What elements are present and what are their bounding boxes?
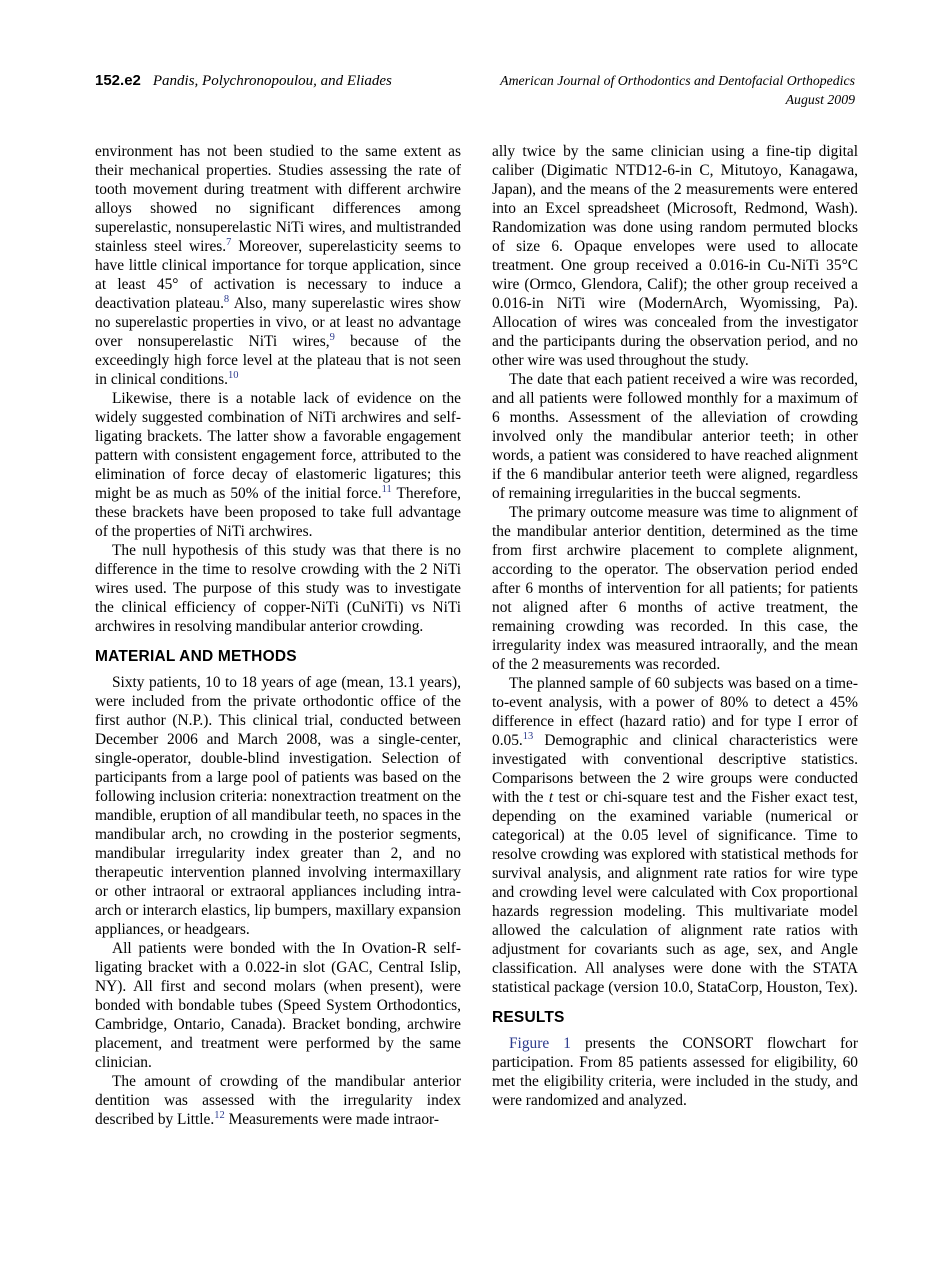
section-heading: RESULTS (492, 1008, 858, 1027)
text-run: Sixty patients, 10 to 18 years of age (m… (95, 674, 461, 938)
paragraph: The planned sample of 60 subjects was ba… (492, 674, 858, 997)
left-column: environment has not been studied to the … (95, 142, 461, 1129)
running-head-left: 152.e2Pandis, Polychronopoulou, and Elia… (95, 71, 392, 91)
running-authors: Pandis, Polychronopoulou, and Eliades (153, 73, 392, 89)
citation-ref[interactable]: 10 (228, 370, 239, 381)
right-column: ally twice by the same clinician using a… (492, 142, 858, 1110)
citation-ref[interactable]: 11 (382, 484, 392, 495)
citation-ref[interactable]: 13 (523, 731, 534, 742)
text-run: All patients were bonded with the In Ova… (95, 940, 461, 1071)
text-run: The date that each patient received a wi… (492, 371, 858, 502)
citation-ref[interactable]: 12 (214, 1110, 225, 1121)
text-run: test or chi-square test and the Fisher e… (492, 789, 858, 996)
issue-date: August 2009 (500, 90, 855, 109)
paragraph: All patients were bonded with the In Ova… (95, 939, 461, 1072)
running-head-right: American Journal of Orthodontics and Den… (500, 71, 855, 109)
journal-title: American Journal of Orthodontics and Den… (500, 71, 855, 90)
paragraph: Figure 1 presents the CONSORT flowchart … (492, 1034, 858, 1110)
paragraph: Likewise, there is a notable lack of evi… (95, 389, 461, 541)
paragraph: Sixty patients, 10 to 18 years of age (m… (95, 673, 461, 939)
paragraph: The amount of crowding of the mandibular… (95, 1072, 461, 1129)
text-run: ally twice by the same clinician using a… (492, 143, 858, 369)
text-run: Measurements were made intraor- (225, 1111, 439, 1128)
paragraph: The date that each patient received a wi… (492, 370, 858, 503)
text-run: The null hypothesis of this study was th… (95, 542, 461, 635)
section-heading: MATERIAL AND METHODS (95, 647, 461, 666)
paragraph: environment has not been studied to the … (95, 142, 461, 389)
page-header: 152.e2Pandis, Polychronopoulou, and Elia… (95, 71, 855, 109)
paragraph: ally twice by the same clinician using a… (492, 142, 858, 370)
page-number: 152.e2 (95, 71, 141, 90)
paragraph: The primary outcome measure was time to … (492, 503, 858, 674)
text-run: The primary outcome measure was time to … (492, 504, 858, 673)
paragraph: The null hypothesis of this study was th… (95, 541, 461, 636)
figure-link[interactable]: Figure 1 (509, 1035, 571, 1052)
